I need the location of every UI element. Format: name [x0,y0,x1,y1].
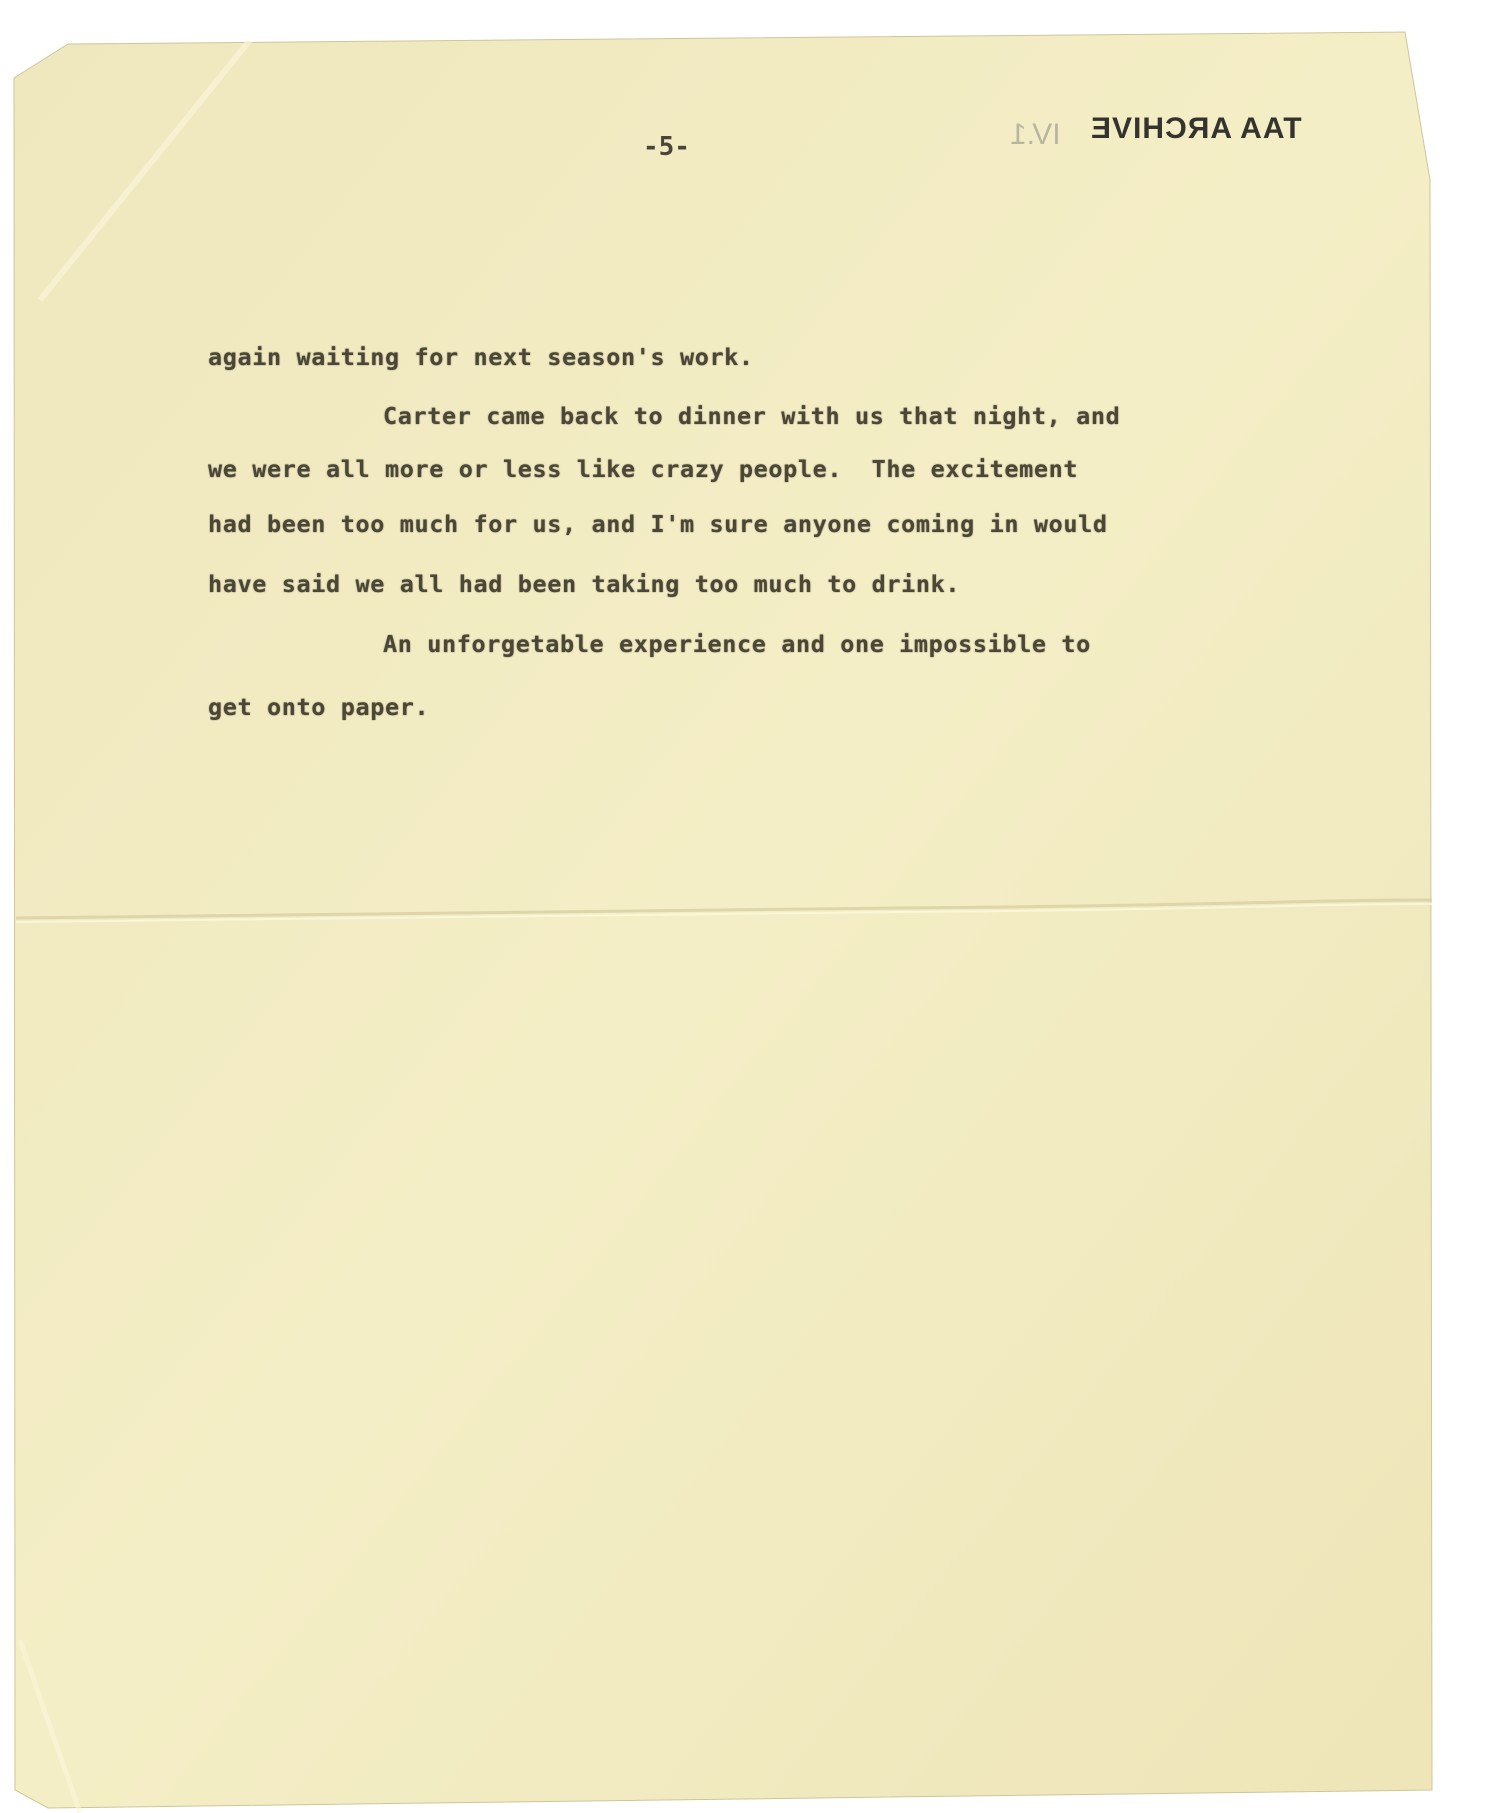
text-line: again waiting for next season's work. [208,343,754,371]
text-line: we were all more or less like crazy peop… [208,455,1078,483]
paper-sheet [0,0,1500,1813]
archive-stamp: TAA ARCHIVE [1090,112,1302,146]
text-line: had been too much for us, and I'm sure a… [208,510,1108,538]
faint-stamp-mark: IV.1 [1010,118,1061,152]
typewritten-page: IV.1 TAA ARCHIVE -5- again waiting for n… [0,0,1500,1813]
text-line: have said we all had been taking too muc… [208,570,960,598]
page-number: -5- [643,132,690,162]
text-line: get onto paper. [208,693,429,721]
text-line: Carter came back to dinner with us that … [383,402,1120,430]
text-line: An unforgetable experience and one impos… [383,630,1091,658]
